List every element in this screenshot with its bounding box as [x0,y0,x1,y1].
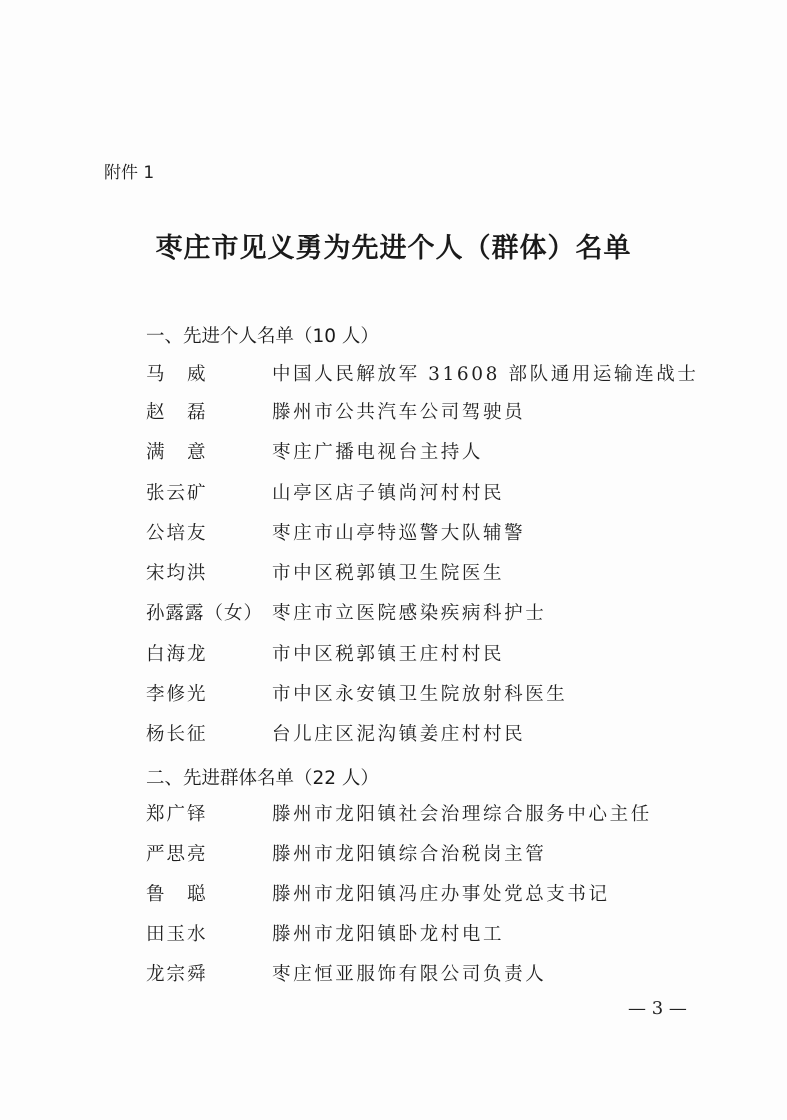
list-item: 孙露露（女）枣庄市立医院感染疾病科护士 [146,600,546,628]
list-item: 宋均洪市中区税郭镇卫生院医生 [146,560,504,588]
list-item: 满 意枣庄广播电视台主持人 [146,439,483,467]
person-description: 枣庄广播电视台主持人 [272,439,483,467]
section-heading-individuals: 一、先进个人名单（10 人） [146,322,379,348]
person-description: 枣庄恒亚服饰有限公司负责人 [272,961,546,989]
person-description: 滕州市龙阳镇卧龙村电工 [272,921,504,949]
list-item: 白海龙市中区税郭镇王庄村村民 [146,641,504,669]
attachment-label: 附件 1 [104,158,154,183]
person-description: 市中区永安镇卫生院放射科医生 [272,681,567,709]
person-description: 山亭区店子镇尚河村村民 [272,480,504,508]
section-heading-groups: 二、先进群体名单（22 人） [146,764,379,790]
list-item: 张云矿山亭区店子镇尚河村村民 [146,480,504,508]
person-name: 公培友 [146,520,272,548]
person-name: 孙露露（女） [146,600,272,628]
list-item: 赵 磊滕州市公共汽车公司驾驶员 [146,399,525,427]
person-description: 台儿庄区泥沟镇姜庄村村民 [272,721,525,749]
list-item: 公培友枣庄市山亭特巡警大队辅警 [146,520,525,548]
person-name: 白海龙 [146,641,272,669]
person-description: 枣庄市山亭特巡警大队辅警 [272,520,525,548]
list-item: 马 威中国人民解放军 31608 部队通用运输连战士 [146,361,698,389]
person-description: 滕州市龙阳镇社会治理综合服务中心主任 [272,801,652,829]
document-title: 枣庄市见义勇为先进个人（群体）名单 [0,226,787,265]
person-description: 市中区税郭镇卫生院医生 [272,560,504,588]
person-name: 李修光 [146,681,272,709]
person-name: 杨长征 [146,721,272,749]
person-name: 龙宗舜 [146,961,272,989]
person-name: 张云矿 [146,480,272,508]
person-name: 郑广铎 [146,801,272,829]
list-item: 龙宗舜枣庄恒亚服饰有限公司负责人 [146,961,546,989]
list-item: 鲁 聪滕州市龙阳镇冯庄办事处党总支书记 [146,881,610,909]
list-item: 李修光市中区永安镇卫生院放射科医生 [146,681,567,709]
person-name: 鲁 聪 [146,881,272,909]
list-item: 严思亮滕州市龙阳镇综合治税岗主管 [146,841,546,869]
person-description: 中国人民解放军 31608 部队通用运输连战士 [272,361,698,389]
person-description: 枣庄市立医院感染疾病科护士 [272,600,546,628]
person-description: 滕州市公共汽车公司驾驶员 [272,399,525,427]
person-name: 马 威 [146,361,272,389]
list-item: 田玉水滕州市龙阳镇卧龙村电工 [146,921,504,949]
person-description: 滕州市龙阳镇冯庄办事处党总支书记 [272,881,610,909]
list-item: 郑广铎滕州市龙阳镇社会治理综合服务中心主任 [146,801,652,829]
person-name: 田玉水 [146,921,272,949]
list-item: 杨长征台儿庄区泥沟镇姜庄村村民 [146,721,525,749]
page-number: — 3 — [628,998,687,1019]
person-name: 宋均洪 [146,560,272,588]
person-name: 严思亮 [146,841,272,869]
person-name: 满 意 [146,439,272,467]
person-name: 赵 磊 [146,399,272,427]
person-description: 滕州市龙阳镇综合治税岗主管 [272,841,546,869]
person-description: 市中区税郭镇王庄村村民 [272,641,504,669]
